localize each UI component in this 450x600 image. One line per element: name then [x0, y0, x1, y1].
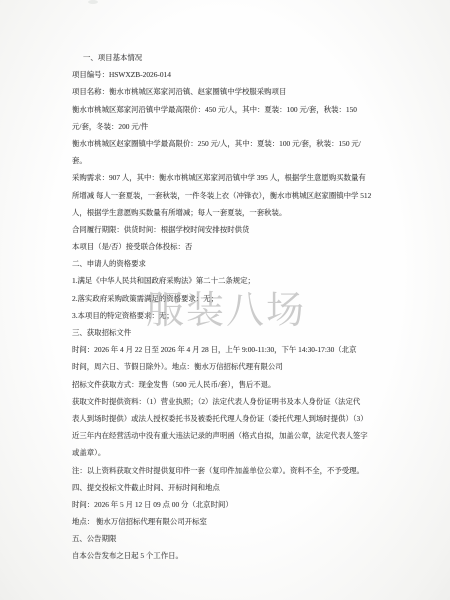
doc-line: 地点： 衡水万信招标代理有限公司开标室 — [72, 513, 380, 530]
doc-line: 合同履行期限：供货时间：根据学校时间安排按时供货 — [72, 221, 380, 238]
document-body: 一、项目基本情况项目编号：HSWXZB-2026-014项目名称：衡水市桃城区郑… — [72, 49, 380, 565]
doc-line: 时间：2026 年 5 月 12 日 09 点 00 分（北京时间） — [72, 496, 380, 513]
doc-line: 四、提交投标文件截止时间、开标时间和地点 — [72, 479, 380, 496]
doc-line: 一、项目基本情况 — [72, 49, 380, 66]
doc-line: 五、公告期限 — [72, 530, 380, 547]
doc-line: 招标文件获取方式：现金发售（500 元人民币/套），售后不退。 — [72, 376, 380, 393]
doc-line: 二、申请人的资格要求 — [72, 255, 380, 272]
doc-line: 项目名称：衡水市桃城区郑家河沿镇、赵家圈镇中学校服采购项目 — [72, 83, 380, 100]
doc-line: 项目编号：HSWXZB-2026-014 — [72, 66, 380, 83]
doc-line: 三、获取招标文件 — [72, 324, 380, 341]
doc-line: 套。 — [72, 152, 380, 169]
doc-line: 3.本项目的特定资格要求：无； — [72, 307, 380, 324]
doc-line: 1.满足《中华人民共和国政府采购法》第二十二条规定； — [72, 272, 380, 289]
doc-line: 近三年内在经营活动中没有重大违法记录的声明函（格式自拟，加盖公章，法定代表人签字 — [72, 427, 380, 444]
doc-line: 时间：2026 年 4 月 22 日至 2026 年 4 月 28 日，上午 9… — [72, 341, 380, 358]
doc-line: 衡水市桃城区赵家圈镇中学最高限价：250 元/人，其中：夏装：100 元/套，秋… — [72, 135, 380, 152]
doc-line: 元/套，冬装：200 元/件 — [72, 118, 380, 135]
doc-line: 时间，周六日、节假日除外）。地点：衡水万信招标代理有限公司 — [72, 358, 380, 375]
doc-line: 获取文件时提供资料：（1）营业执照；（2）法定代表人身份证明书及本人身份证（法定… — [72, 393, 380, 410]
document-photo: 一、项目基本情况项目编号：HSWXZB-2026-014项目名称：衡水市桃城区郑… — [0, 0, 450, 600]
doc-line: 衡水市桃城区郑家河沿镇中学最高限价：450 元/人，其中：夏装：100 元/套，… — [72, 101, 380, 118]
doc-line: 2.落实政府采购政策需满足的资格要求：无； — [72, 290, 380, 307]
doc-line: 或盖章）。 — [72, 444, 380, 461]
doc-line: 表人到场时提供）或法人授权委托书及被委托代理人身份证（委托代理人到场时提供）（3… — [72, 410, 380, 427]
doc-line: 自本公告发布之日起 5 个工作日。 — [72, 547, 380, 564]
doc-line: 注：以上资料获取文件时提供复印件一套（复印件加盖单位公章）。资料不全，不予受理。 — [72, 462, 380, 479]
doc-line: 人，根据学生意愿购买数量有所增减；每人一套夏装，一套秋装。 — [72, 204, 380, 221]
doc-line: 所增减 每人一套夏装，一套秋装，一件冬装上衣（冲锋衣），衡水市桃城区赵家圈镇中学… — [72, 187, 380, 204]
doc-line: 本项目（是/否）接受联合体投标：否 — [72, 238, 380, 255]
top-edge-artifact — [88, 0, 98, 4]
doc-line: 采购需求：907 人，其中：衡水市桃城区郑家河沿镇中学 395 人，根据学生意愿… — [72, 169, 380, 186]
